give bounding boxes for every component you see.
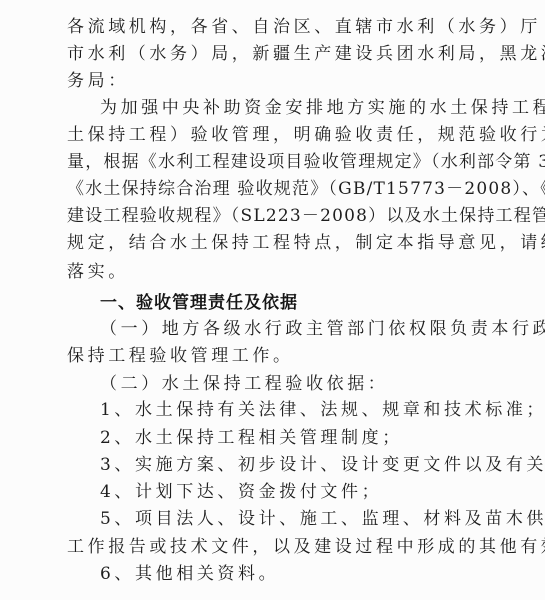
- basis-item-5-line-2: 工作报告或技术文件，以及建设过程中形成的其他有效文件等；: [67, 534, 507, 561]
- intro-line-5: 建设工程验收规程》（SL223－2008）以及水土保持工程管理有关: [67, 203, 507, 230]
- intro-line-7: 落实。: [67, 259, 507, 286]
- basis-item-6: 6、其他相关资料。: [100, 561, 540, 588]
- intro-line-2: 土保持工程）验收管理，明确验收责任，规范验收行为，保证验收质: [67, 122, 507, 149]
- basis-item-4: 4、计划下达、资金拨付文件；: [100, 479, 540, 506]
- addressee-line-3: 务局：: [67, 68, 507, 95]
- item2-title: （二）水土保持工程验收依据：: [100, 371, 540, 398]
- intro-line-4: 《水土保持综合治理 验收规范》（GB/T15773－2008）、《水利水电: [67, 176, 507, 203]
- basis-item-3: 3、实施方案、初步设计、设计变更文件以及有关批复文件；: [100, 452, 540, 479]
- intro-line-6: 规定，结合水土保持工程特点，制定本指导意见，请结合实际贯彻: [67, 230, 507, 257]
- intro-line-1: 为加强中央补助资金安排地方实施的水土保持工程（简称水: [100, 95, 540, 122]
- intro-line-3: 量，根据《水利工程建设项目验收管理规定》（水利部令第 30 号）、: [67, 149, 507, 176]
- basis-item-2: 2、水土保持工程相关管理制度；: [100, 425, 540, 452]
- basis-item-5-line-1: 5、项目法人、设计、施工、监理、材料及苗木供货等单位出具的: [100, 506, 540, 533]
- item1-line-2: 保持工程验收管理工作。: [67, 343, 507, 370]
- item1-line-1: （一）地方各级水行政主管部门依权限负责本行政区域内水土: [100, 316, 540, 343]
- document-page: 各流域机构，各省、自治区、直辖市水利（水务）厅（局），各计划单列 市水利（水务）…: [0, 0, 545, 600]
- basis-item-1: 1、水土保持有关法律、法规、规章和技术标准；: [100, 397, 540, 424]
- section-heading: 一、验收管理责任及依据: [100, 290, 540, 317]
- addressee-line-2: 市水利（水务）局，新疆生产建设兵团水利局，黑龙江省农垦总局水: [67, 41, 507, 68]
- addressee-line-1: 各流域机构，各省、自治区、直辖市水利（水务）厅（局），各计划单列: [67, 14, 507, 41]
